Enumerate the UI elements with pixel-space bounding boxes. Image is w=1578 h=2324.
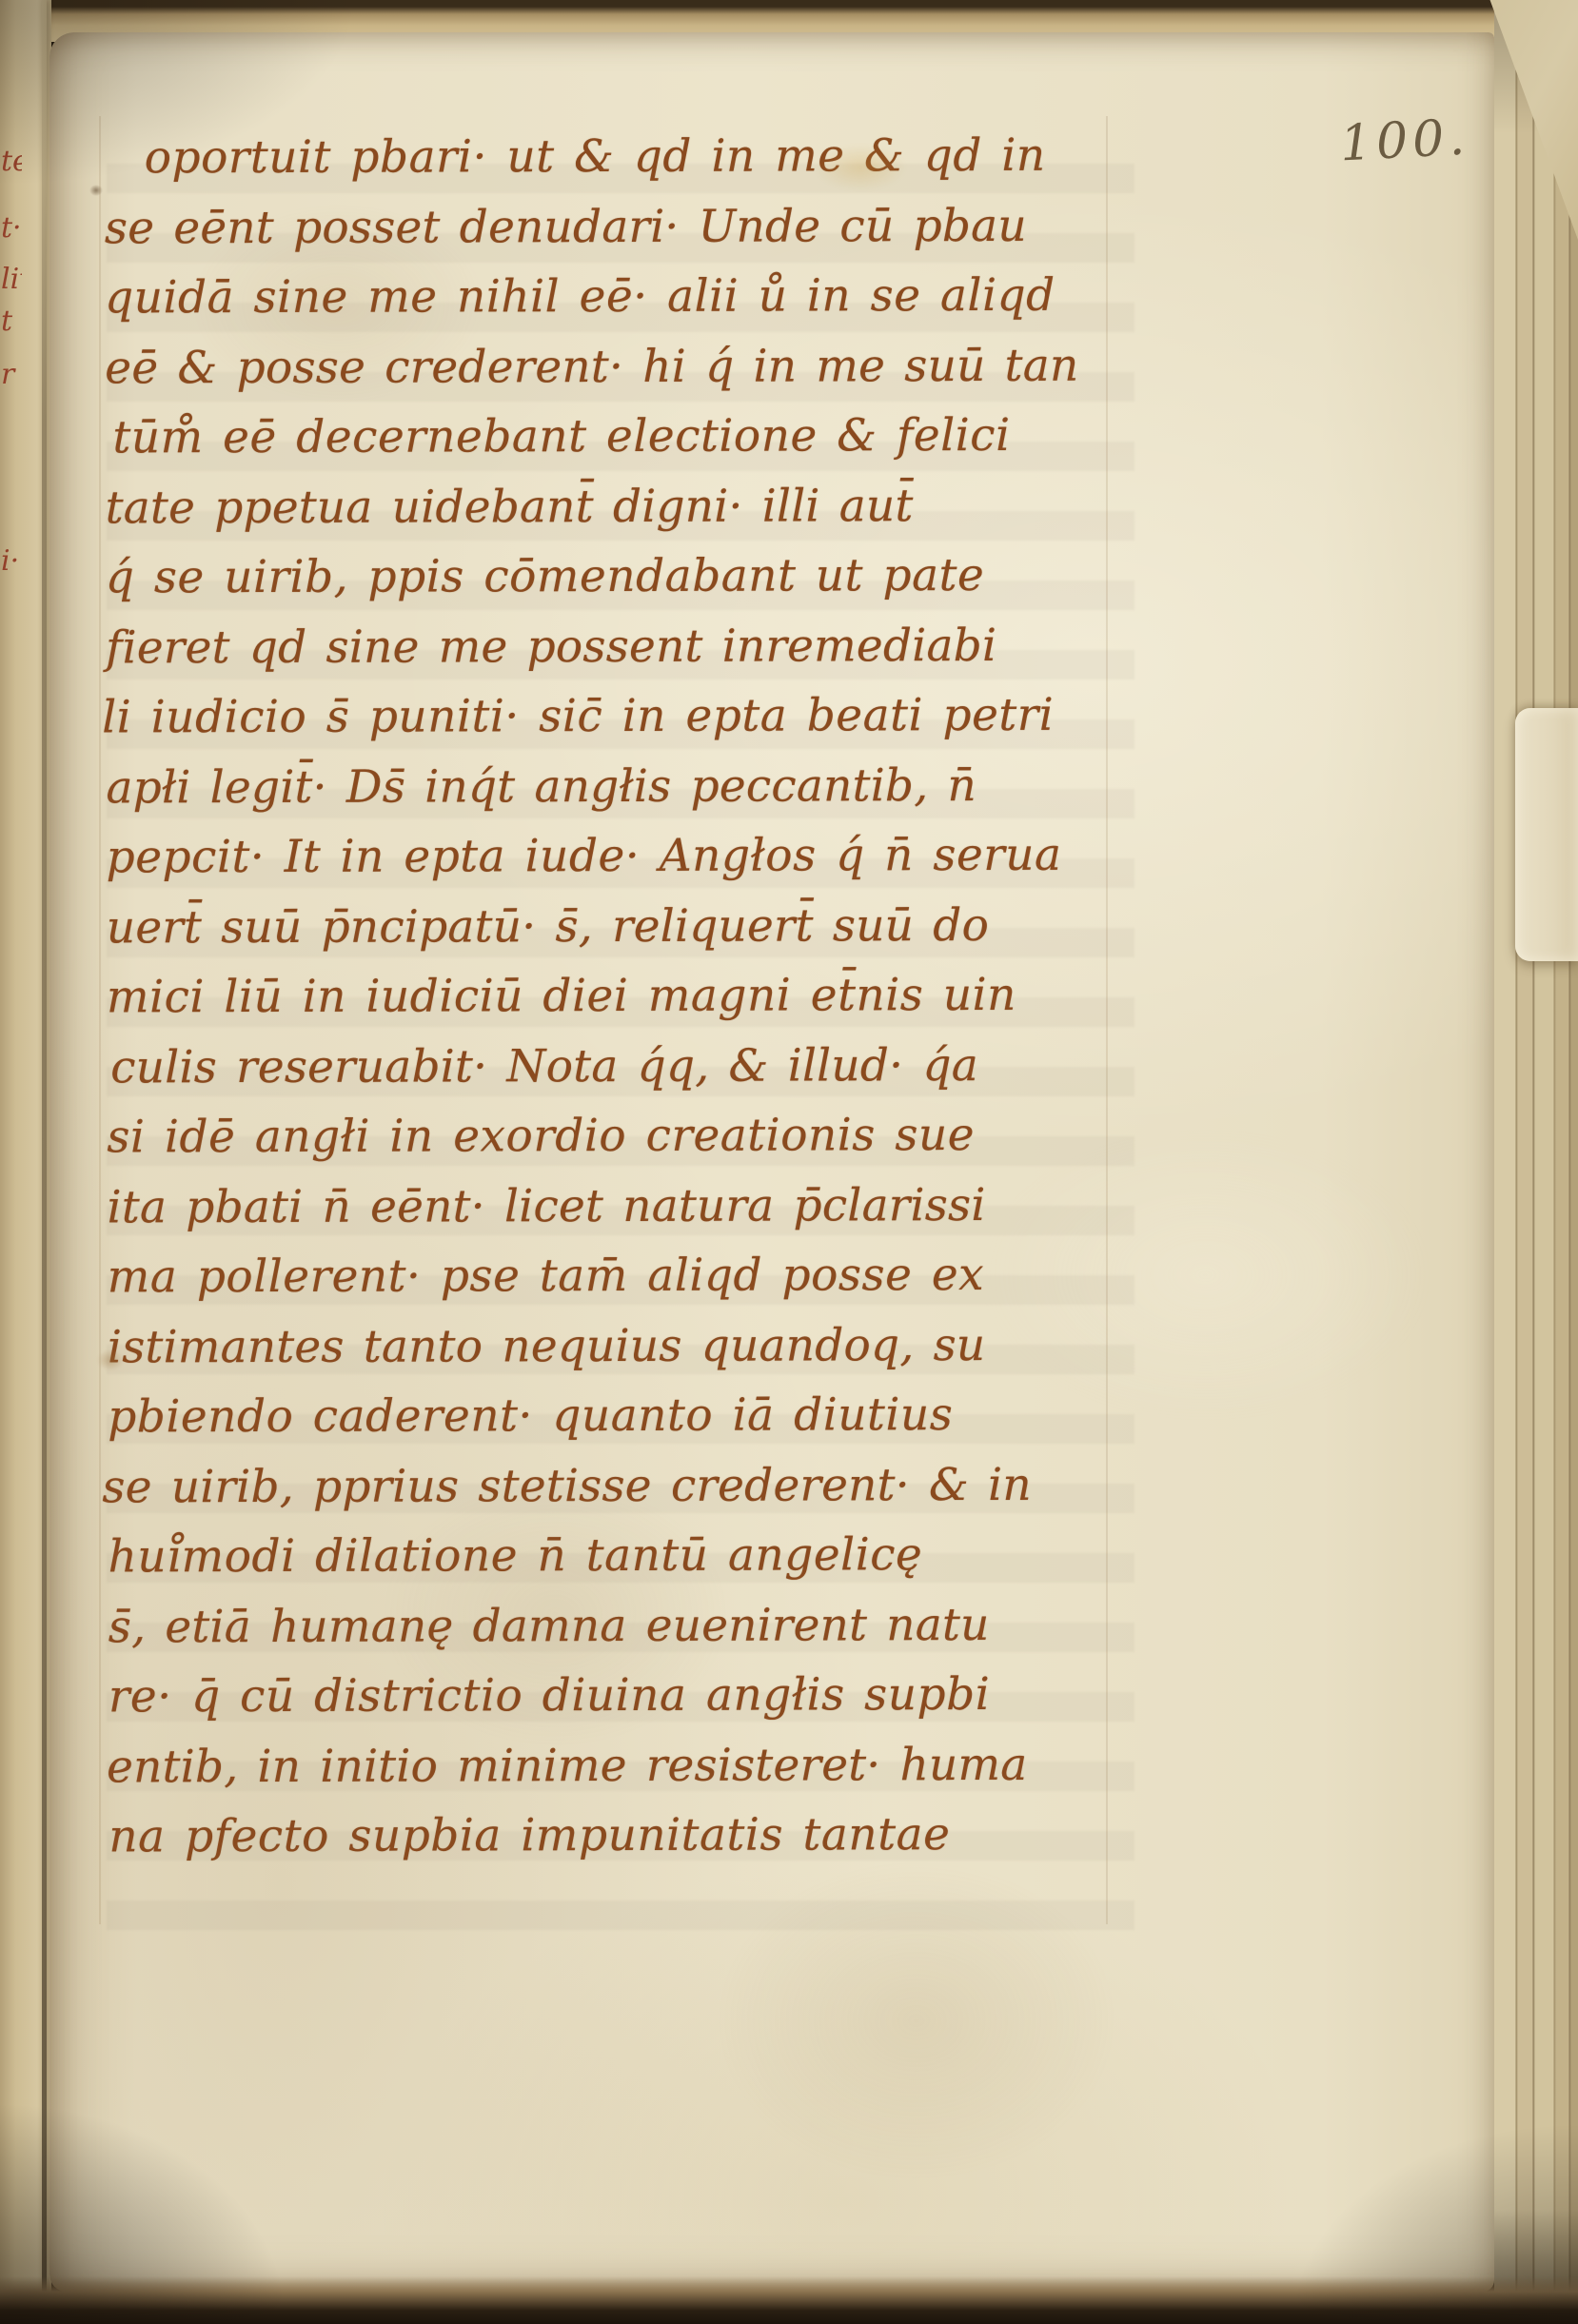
manuscript-photo: tef t· liv t r i· 100. oportuit pbari· u…: [0, 0, 1578, 2324]
ruling-line-left: [99, 116, 101, 1924]
text-line: tūm̊ eē decernebant electione & felici: [112, 401, 1123, 473]
book-fore-edge: [1494, 0, 1578, 2324]
binding-gutter-crease: [42, 0, 47, 2324]
text-line: fieret qd sine me possent inremediabi: [106, 610, 1124, 682]
text-line: se uirib, pprius stetisse crederent· & i…: [102, 1449, 1126, 1522]
text-line: apłi legit̄· Ds̄ inq́t angłis peccantib,…: [106, 750, 1124, 822]
text-line: li iudicio s̄ puniti· sic̄ in epta beati…: [102, 680, 1124, 753]
parchment-tab: [1515, 708, 1578, 961]
margin-fragment: tef: [1, 145, 22, 178]
text-line: ma pollerent· pse tam̄ aliqd posse ex: [108, 1240, 1126, 1312]
text-line: tate ppetua uidebant̄ digni· illi aut̄: [106, 470, 1124, 542]
text-line: na pfecto supbia impunitatis tantae: [108, 1800, 1127, 1872]
text-line: culis reseruabit· Nota q́q, & illud· q́a: [110, 1030, 1125, 1102]
text-line: re· q̄ cū districtio diuina angłis supbi: [108, 1660, 1127, 1732]
page-number: 100.: [1339, 108, 1471, 172]
margin-fragment: i·: [1, 544, 19, 578]
text-line: ita pbati n̄ eēnt· licet natura p̄claris…: [107, 1170, 1125, 1242]
facing-page-text-fragments: tef t· liv t r i·: [0, 0, 22, 2324]
text-line: istimantes tanto nequius quandoq, su: [108, 1310, 1126, 1382]
text-line: pbiendo caderent· quanto iā diutius: [108, 1380, 1126, 1452]
text-line: pepcit· It in epta iude· Angłos q́ n̄ se…: [107, 820, 1125, 893]
text-line: se eēnt posset denudari· Unde cū pbau: [105, 190, 1123, 263]
text-line: si idē angłi in exordio creationis sue: [107, 1100, 1125, 1172]
margin-fragment: t: [1, 305, 12, 338]
margin-fragment: r: [1, 358, 14, 391]
text-line: mici liū in iudiciū diei magni et̄nis ui…: [107, 960, 1125, 1033]
text-line: oportuit pbari· ut & qd in me & qd in: [105, 121, 1123, 193]
text-line: eē & posse crederent· hi q́ in me suū ta…: [105, 330, 1123, 403]
text-block: oportuit pbari· ut & qd in me & qd in se…: [105, 121, 1128, 1872]
text-line: q́ se uirib, ppis cōmendabant ut pate: [106, 541, 1124, 613]
text-line: s̄, etiā humanę damna euenirent natu: [108, 1589, 1127, 1662]
book-bottom-edge: [0, 2276, 1578, 2324]
margin-fragment: t·: [1, 211, 22, 245]
margin-fragment: liv: [1, 263, 22, 296]
text-line: hui̊modi dilatione n̄ tantū angelicę: [108, 1520, 1126, 1592]
text-line: entib, in initio minime resisteret· huma: [107, 1729, 1127, 1802]
text-line: uert̄ suū p̄ncipatū· s̄, reliquert̄ suū …: [107, 890, 1125, 962]
text-line: quidā sine me nihil eē· alii ů in se ali…: [105, 261, 1123, 333]
manuscript-page: 100. oportuit pbari· ut & qd in me & qd …: [49, 32, 1494, 2292]
